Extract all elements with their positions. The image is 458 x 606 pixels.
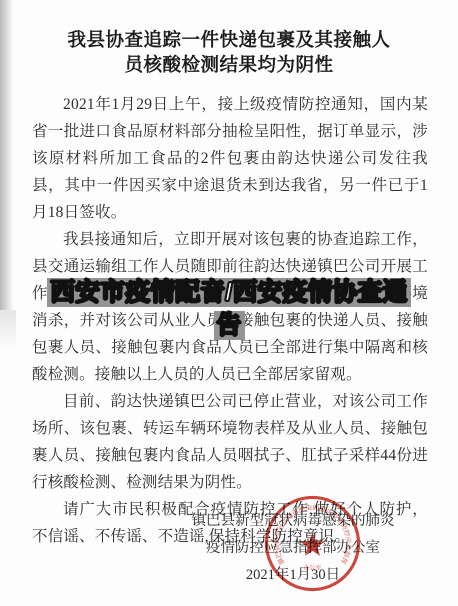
seal-star-icon: [300, 533, 325, 556]
notice-page: 我县协查追踪一件快递包裹及其接触人员核酸检测结果均为阴性 2021年1月29日上…: [0, 0, 458, 606]
notice-body: 2021年1月29日上午，接上级疫情防控通知，国内某省一批进口食品原材料部分抽检…: [0, 91, 458, 550]
notice-paragraph: 我县接通知后，立即开展对该包裹的协查追踪工作，县交通运输组工作人员随即前往韵达快…: [32, 226, 428, 388]
seal-office-label: 办公室: [304, 564, 322, 572]
notice-paragraph: 目前、韵达快递镇巴公司已停止营业，对该公司工作场所、该包裹、转运车辆环境物表样及…: [32, 388, 428, 496]
official-seal: 镇巴县新型冠状病毒感染的肺炎疫情防控应急指挥部 办公室: [263, 494, 362, 593]
notice-title: 我县协查追踪一件快递包裹及其接触人员核酸检测结果均为阴性: [63, 29, 395, 79]
notice-paragraph: 2021年1月29日上午，接上级疫情防控通知，国内某省一批进口食品原材料部分抽检…: [32, 91, 428, 226]
